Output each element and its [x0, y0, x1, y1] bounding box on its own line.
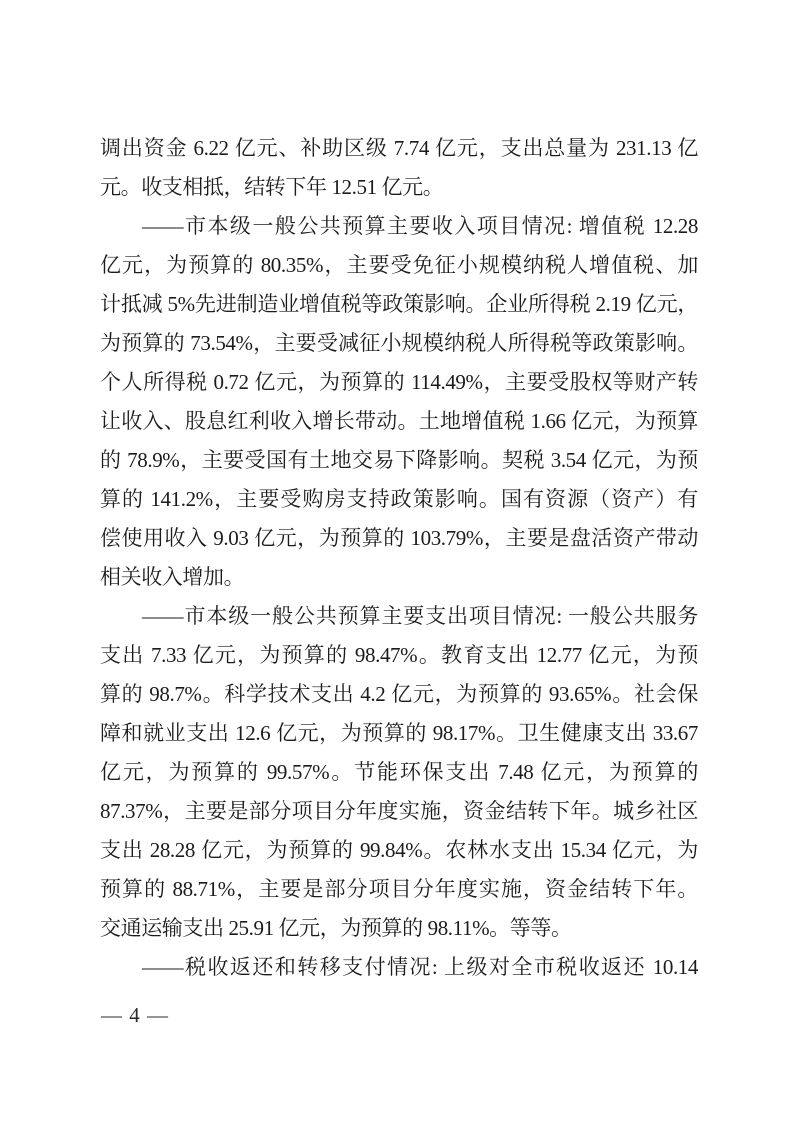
text-line: 交通运输支出 25.91 亿元，为预算的 98.11%。等等。	[100, 909, 698, 948]
text-line: 预算的 88.71%，主要是部分项目分年度实施，资金结转下年。	[100, 870, 698, 909]
text-line: 障和就业支出 12.6 亿元，为预算的 98.17%。卫生健康支出 33.67	[100, 714, 698, 753]
paragraph: ——税收返还和转移支付情况: 上级对全市税收返还 10.14	[100, 948, 698, 987]
text-line: ——税收返还和转移支付情况: 上级对全市税收返还 10.14	[100, 948, 698, 987]
document-page: 调出资金 6.22 亿元、补助区级 7.74 亿元，支出总量为 231.13 亿…	[0, 0, 793, 1122]
text-line: 调出资金 6.22 亿元、补助区级 7.74 亿元，支出总量为 231.13 亿	[100, 129, 698, 168]
text-line: 亿元，为预算的 99.57%。节能环保支出 7.48 亿元，为预算的	[100, 753, 698, 792]
text-line: 元。收支相抵，结转下年 12.51 亿元。	[100, 168, 698, 207]
text-line: 支出 7.33 亿元，为预算的 98.47%。教育支出 12.77 亿元，为预	[100, 636, 698, 675]
text-line: ——市本级一般公共预算主要收入项目情况: 增值税 12.28	[100, 207, 698, 246]
text-line: 的 78.9%，主要受国有土地交易下降影响。契税 3.54 亿元，为预	[100, 441, 698, 480]
text-line: 计抵减 5%先进制造业增值税等政策影响。企业所得税 2.19 亿元，	[100, 285, 698, 324]
paragraph: ——市本级一般公共预算主要收入项目情况: 增值税 12.28亿元，为预算的 80…	[100, 207, 698, 597]
text-line: 相关收入增加。	[100, 558, 698, 597]
text-line: 偿使用收入 9.03 亿元，为预算的 103.79%，主要是盘活资产带动	[100, 519, 698, 558]
text-line: ——市本级一般公共预算主要支出项目情况: 一般公共服务	[100, 597, 698, 636]
paragraph: 调出资金 6.22 亿元、补助区级 7.74 亿元，支出总量为 231.13 亿…	[100, 129, 698, 207]
text-line: 亿元，为预算的 80.35%，主要受免征小规模纳税人增值税、加	[100, 246, 698, 285]
text-line: 87.37%，主要是部分项目分年度实施，资金结转下年。城乡社区	[100, 792, 698, 831]
text-line: 算的 98.7%。科学技术支出 4.2 亿元，为预算的 93.65%。社会保	[100, 675, 698, 714]
page-number: — 4 —	[101, 1000, 169, 1030]
text-line: 支出 28.28 亿元，为预算的 99.84%。农林水支出 15.34 亿元，为	[100, 831, 698, 870]
paragraph: ——市本级一般公共预算主要支出项目情况: 一般公共服务支出 7.33 亿元，为预…	[100, 597, 698, 948]
text-line: 算的 141.2%，主要受购房支持政策影响。国有资源（资产）有	[100, 480, 698, 519]
text-line: 个人所得税 0.72 亿元，为预算的 114.49%，主要受股权等财产转	[100, 363, 698, 402]
text-line: 为预算的 73.54%，主要受减征小规模纳税人所得税等政策影响。	[100, 324, 698, 363]
page-body-text: 调出资金 6.22 亿元、补助区级 7.74 亿元，支出总量为 231.13 亿…	[100, 129, 698, 987]
text-line: 让收入、股息红利收入增长带动。土地增值税 1.66 亿元，为预算	[100, 402, 698, 441]
